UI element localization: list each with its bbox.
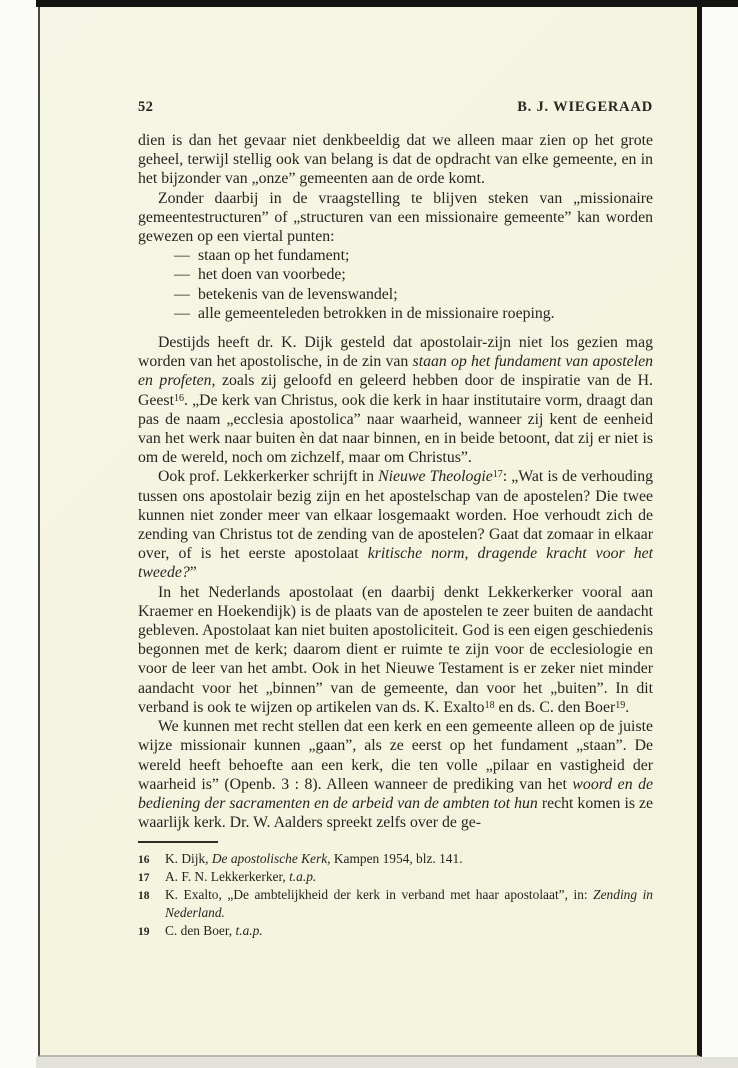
footnotes-list: 16K. Dijk, De apostolische Kerk, Kampen …: [138, 850, 653, 940]
footnote-number: 16: [138, 851, 150, 869]
text-segment: en ds. C. den Boer: [495, 699, 616, 716]
footnote-text: A. F. N. Lekkerkerker, t.a.p.: [165, 869, 316, 884]
footnote-ref: 17: [493, 469, 503, 480]
footnote-number: 18: [138, 887, 150, 905]
text-segment: C. den Boer,: [165, 923, 236, 938]
dash-list: —staan op het fundament;—het doen van vo…: [174, 246, 653, 323]
page-number: 52: [138, 99, 153, 116]
scanned-page-view: 52 B. J. WIEGERAAD dien is dan het gevaa…: [0, 0, 738, 1068]
scan-top-edge: [36, 0, 738, 7]
paragraph: dien is dan het gevaar niet denkbeeldig …: [138, 131, 653, 189]
text-segment: K. Dijk,: [165, 851, 212, 866]
list-item: —betekenis van de levenswandel;: [174, 285, 653, 304]
running-head-author: B. J. WIEGERAAD: [517, 99, 653, 116]
page-body: dien is dan het gevaar niet denkbeeldig …: [138, 131, 653, 832]
text-segment: K. Exalto, „De ambtelijkheid der kerk in…: [165, 887, 593, 902]
text-segment: In het Nederlands apostolaat (en daarbij…: [138, 584, 653, 716]
footnote-text: K. Exalto, „De ambtelijkheid der kerk in…: [165, 887, 653, 920]
list-item-text: betekenis van de levenswandel;: [198, 286, 398, 303]
text-segment: A. F. N. Lekkerkerker,: [165, 869, 289, 884]
footnote: 16K. Dijk, De apostolische Kerk, Kampen …: [138, 850, 653, 868]
footnotes-section: 16K. Dijk, De apostolische Kerk, Kampen …: [138, 841, 653, 940]
list-item: —het doen van voorbede;: [174, 265, 653, 284]
text-segment: . „De kerk van Christus, ook die kerk in…: [138, 392, 653, 467]
list-item-text: alle gemeenteleden betrokken in de missi…: [198, 305, 555, 322]
text-segment: dien is dan het gevaar niet denkbeeldig …: [138, 132, 653, 187]
list-item-text: het doen van voorbede;: [198, 266, 346, 283]
book-page: 52 B. J. WIEGERAAD dien is dan het gevaa…: [38, 7, 702, 1057]
list-item: —staan op het fundament;: [174, 246, 653, 265]
footnote-ref: 16: [174, 393, 184, 404]
footnote-ref: 19: [615, 700, 625, 711]
text-segment: .: [625, 699, 629, 716]
paragraph: Destijds heeft dr. K. Dijk gesteld dat a…: [138, 333, 653, 467]
italic-text-segment: Nieuwe Theologie: [378, 468, 493, 485]
italic-text-segment: t.a.p.: [236, 923, 263, 938]
text-segment: Kampen 1954, blz. 141.: [331, 851, 463, 866]
list-dash: —: [174, 246, 198, 265]
footnote: 19C. den Boer, t.a.p.: [138, 922, 653, 940]
text-segment: Ook prof. Lekkerkerker schrijft in: [158, 468, 378, 485]
scan-bottom-edge: [36, 1057, 738, 1068]
paragraph: Ook prof. Lekkerkerker schrijft in Nieuw…: [138, 467, 653, 582]
text-segment: ”: [190, 564, 197, 581]
list-dash: —: [174, 285, 198, 304]
list-dash: —: [174, 265, 198, 284]
italic-text-segment: De apostolische Kerk,: [212, 851, 331, 866]
footnote-number: 19: [138, 923, 150, 941]
footnote-number: 17: [138, 869, 150, 887]
footnote-text: K. Dijk, De apostolische Kerk, Kampen 19…: [165, 851, 463, 866]
paragraph: Zonder daarbij in de vraagstelling te bl…: [138, 189, 653, 247]
list-dash: —: [174, 304, 198, 323]
footnote-separator: [138, 841, 218, 843]
running-head: 52 B. J. WIEGERAAD: [138, 99, 653, 116]
footnote: 18K. Exalto, „De ambtelijkheid der kerk …: [138, 886, 653, 922]
footnote: 17A. F. N. Lekkerkerker, t.a.p.: [138, 868, 653, 886]
footnote-text: C. den Boer, t.a.p.: [165, 923, 263, 938]
footnote-ref: 18: [485, 700, 495, 711]
text-segment: Zonder daarbij in de vraagstelling te bl…: [138, 190, 653, 245]
list-item: —alle gemeenteleden betrokken in de miss…: [174, 304, 653, 323]
paragraph: We kunnen met recht stellen dat een kerk…: [138, 717, 653, 832]
italic-text-segment: t.a.p.: [289, 869, 316, 884]
paragraph: In het Nederlands apostolaat (en daarbij…: [138, 583, 653, 717]
list-item-text: staan op het fundament;: [198, 247, 349, 264]
